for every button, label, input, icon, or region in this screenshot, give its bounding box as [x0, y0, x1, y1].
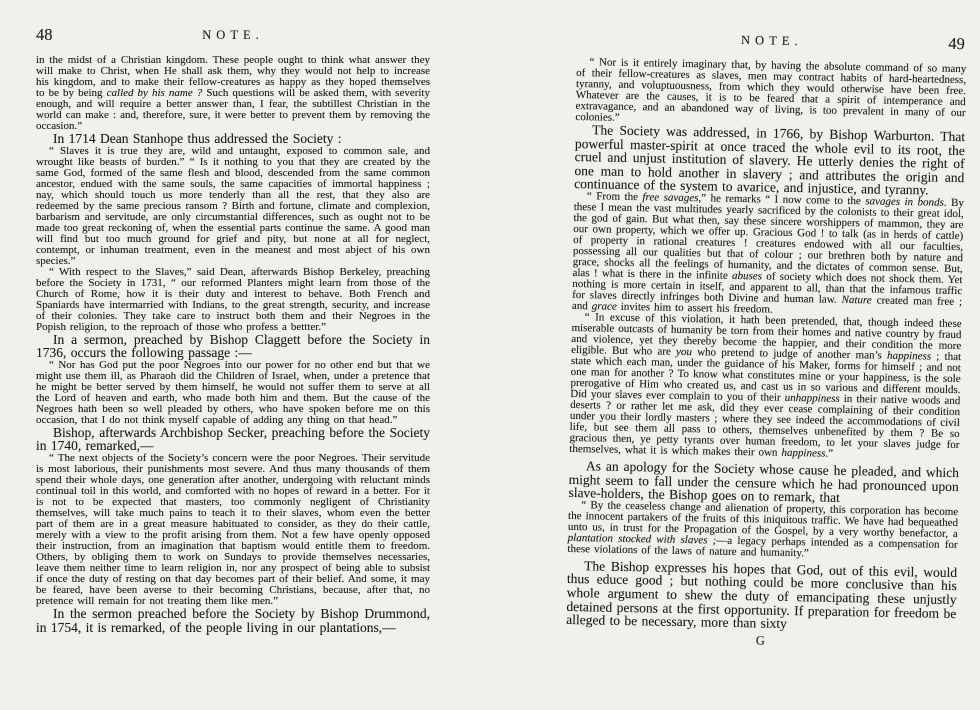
- paragraph: in the midst of a Christian kingdom. The…: [36, 55, 430, 132]
- paragraph: “ Nor has God put the poor Negroes into …: [36, 360, 430, 426]
- paragraph: “ Slaves it is true they are, wild and u…: [36, 146, 430, 267]
- paragraph: Bishop, afterwards Archbishop Secker, pr…: [36, 426, 430, 453]
- signature-mark: G: [566, 630, 956, 652]
- paragraph: “ From the free savages,” he remarks “ I…: [572, 191, 964, 319]
- paragraph: “ With respect to the Slaves,” said Dean…: [36, 267, 430, 333]
- paragraph: In a sermon, preached by Bishop Claggett…: [36, 333, 430, 360]
- paragraph: “ The next objects of the Society’s conc…: [36, 453, 430, 607]
- paragraph: “ Nor is it entirely imaginary that, by …: [575, 57, 966, 130]
- page-49: NOTE. 49 “ Nor is it entirely imaginary …: [566, 30, 967, 652]
- paragraph: In the sermon preached before the Societ…: [36, 607, 430, 634]
- paragraph: “ By the ceaseless change and alienation…: [567, 500, 958, 562]
- page-header-left: 48 NOTE.: [36, 28, 430, 46]
- page-header-right: NOTE. 49: [577, 30, 967, 55]
- running-head-left: NOTE.: [36, 28, 430, 43]
- running-head-right: NOTE.: [577, 30, 967, 52]
- paragraph: The Bishop expresses his hopes that God,…: [566, 559, 957, 634]
- book-spread: 48 NOTE. in the midst of a Christian kin…: [0, 0, 980, 710]
- paragraph: In 1714 Dean Stanhope thus addressed the…: [36, 132, 430, 146]
- page-number-right: 49: [948, 34, 965, 54]
- paragraph: The Society was addressed, in 1766, by B…: [574, 123, 965, 198]
- paragraph: “ In excuse of this violation, it hath b…: [569, 312, 962, 462]
- page-48: 48 NOTE. in the midst of a Christian kin…: [36, 28, 430, 634]
